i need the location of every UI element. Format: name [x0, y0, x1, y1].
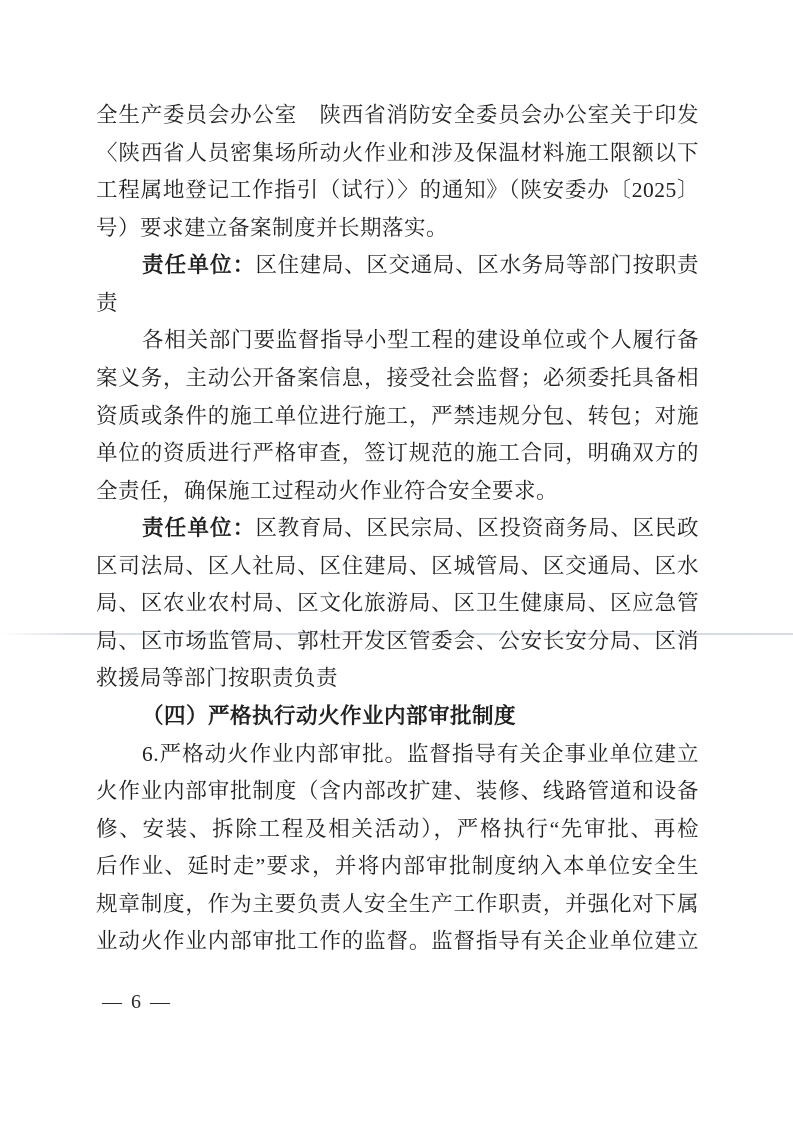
text-line: 工程属地登记工作指引（试行）〉的通知》（陕安委办〔2025〕28 [96, 172, 699, 210]
text-line: 局、区农业农村局、区文化旅游局、区卫生健康局、区应急管理 [96, 585, 699, 623]
page-number: — 6 — [102, 987, 172, 1017]
text-line: 火作业内部审批制度（含内部改扩建、装修、线路管道和设备维 [96, 773, 699, 811]
text-line: 责任单位：区教育局、区民宗局、区投资商务局、区民政局、 [96, 510, 699, 548]
text-line: 〈陕西省人员密集场所动火作业和涉及保温材料施工限额以下 [96, 135, 699, 173]
text-line: 6.严格动火作业内部审批。监督指导有关企事业单位建立动 [96, 736, 699, 774]
text-line: 后作业、延时走”要求，并将内部审批制度纳入本单位安全生产 [96, 848, 699, 886]
text-line: 全生产委员会办公室 陕西省消防安全委员会办公室关于印发 [96, 97, 699, 135]
text-line: 各相关部门要监督指导小型工程的建设单位或个人履行备 [96, 322, 699, 360]
responsible-unit-label: 责任单位： [142, 253, 255, 277]
text-line: 责任单位：区住建局、区交通局、区水务局等部门按职责负 [96, 247, 699, 285]
section-heading: （四）严格执行动火作业内部审批制度 [96, 698, 699, 736]
text-line: 号）要求建立备案制度并长期落实。 [96, 210, 699, 248]
text-line: 责 [96, 285, 699, 323]
text-line: 单位的资质进行严格审查，签订规范的施工合同，明确双方的安 [96, 435, 699, 473]
responsible-unit-label: 责任单位： [142, 516, 255, 540]
text-line: 资质或条件的施工单位进行施工，严禁违规分包、转包；对施工 [96, 398, 699, 436]
text-line: 区司法局、区人社局、区住建局、区城管局、区交通局、区水务 [96, 548, 699, 586]
text-line: 案义务，主动公开备案信息，接受社会监督；必须委托具备相应 [96, 360, 699, 398]
document-page: 全生产委员会办公室 陕西省消防安全委员会办公室关于印发 〈陕西省人员密集场所动火… [0, 0, 793, 1122]
text-line: 救援局等部门按职责负责 [96, 660, 699, 698]
document-body: 全生产委员会办公室 陕西省消防安全委员会办公室关于印发 〈陕西省人员密集场所动火… [96, 97, 699, 961]
text-line: 局、区市场监管局、郭杜开发区管委会、公安长安分局、区消防 [96, 623, 699, 661]
text-line: 修、安装、拆除工程及相关活动），严格执行“先审批、再检查、 [96, 811, 699, 849]
text-line: 全责任，确保施工过程动火作业符合安全要求。 [96, 473, 699, 511]
text-line: 规章制度，作为主要负责人安全生产工作职责，并强化对下属企 [96, 886, 699, 924]
text-line: 业动火作业内部审批工作的监督。监督指导有关企业单位建立人 [96, 923, 699, 961]
